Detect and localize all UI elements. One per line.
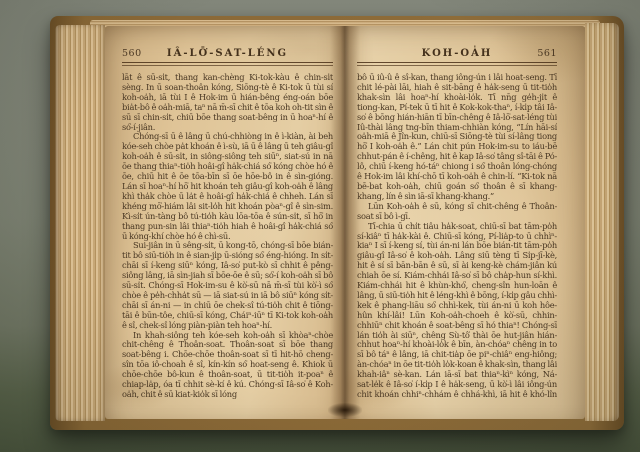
left-page-header: 560 IÂ-LŌ͘-SAT-LÉNG <box>122 48 333 59</box>
page-edges-right <box>585 23 619 421</box>
right-page: KOH-OA̍H 561 bô ū iû-û ê sî-kan, thang i… <box>345 26 585 419</box>
paragraph: bô ū iû-û ê sî-kan, thang iông-ún i lâi … <box>357 73 557 202</box>
paragraph: Sui-jiân in ū sêng-si̍t, ū kong-tō, chón… <box>122 241 333 330</box>
right-page-text: bô ū iû-û ê sî-kan, thang iông-ún i lâi … <box>357 73 557 399</box>
left-page-text: lāt ê sū-si̍t, thang kan-chèng Ki-tok-kà… <box>122 73 333 399</box>
paragraph: In khah-siông teh kóe-seh koh-oa̍h sī kh… <box>122 331 333 399</box>
paragraph: Lūn Koh-oa̍h ê sū, kóng sī chit-chêng ê … <box>357 202 557 222</box>
page-spread: 560 IÂ-LŌ͘-SAT-LÉNG lāt ê sū-si̍t, thang… <box>105 26 585 419</box>
header-double-rule <box>357 62 557 66</box>
paragraph: Chóng-sī ū ê lâng ū chú-chhiòng in ê ì-k… <box>122 132 333 241</box>
header-double-rule <box>122 62 333 66</box>
left-page: 560 IÂ-LŌ͘-SAT-LÉNG lāt ê sū-si̍t, thang… <box>105 26 345 419</box>
running-head-left: IÂ-LŌ͘-SAT-LÉNG <box>158 48 297 59</box>
page-edges-left <box>55 25 105 421</box>
paragraph: lāt ê sū-si̍t, thang kan-chèng Ki-tok-kà… <box>122 73 333 132</box>
page-number-left: 560 <box>122 48 158 59</box>
right-page-header: KOH-OA̍H 561 <box>357 48 557 59</box>
paragraph: Tī-chia ū chi̍t tiâu ha̍k-soat, chiū-sī … <box>357 222 557 399</box>
running-head-right: KOH-OA̍H <box>393 48 521 59</box>
backdrop: 560 IÂ-LŌ͘-SAT-LÉNG lāt ê sū-si̍t, thang… <box>0 0 640 452</box>
open-book: 560 IÂ-LŌ͘-SAT-LÉNG lāt ê sū-si̍t, thang… <box>50 16 624 430</box>
page-number-right: 561 <box>521 48 557 59</box>
